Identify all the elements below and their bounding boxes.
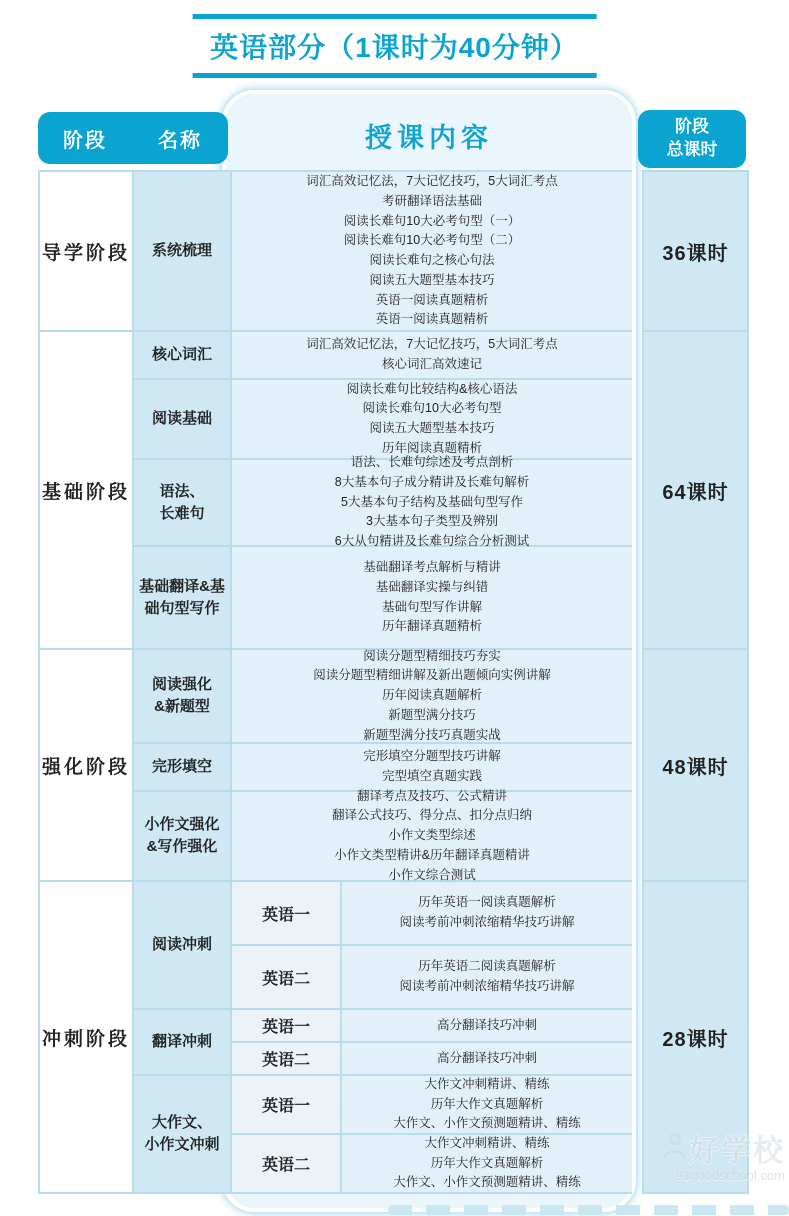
content-cell: 高分翻译技巧冲刺 [342, 1010, 632, 1041]
sub-cell-english2: 英语二 [232, 1043, 340, 1074]
sub-cell-english1: 英语一 [232, 882, 340, 944]
stage-cell-daoxue: 导学阶段 [40, 172, 132, 330]
content-cell: 基础翻译考点解析与精讲 基础翻译实操与纠错 基础句型写作讲解 历年翻译真题精析 [232, 547, 632, 648]
stage-cell-jichu: 基础阶段 [40, 332, 132, 648]
stage-cell-qianghua: 强化阶段 [40, 650, 132, 880]
content-cell: 完形填空分题型技巧讲解 完型填空真题实践 [232, 744, 632, 790]
name-cell: 完形填空 [134, 744, 230, 790]
stage-cell-chongci: 冲刺阶段 [40, 882, 132, 1192]
hours-cell-chongci: 28课时 [644, 882, 747, 1192]
column-header-content: 授课内容 [222, 116, 636, 155]
content-cell: 阅读长难句比较结构&核心语法 阅读长难句10大必考句型 阅读五大题型基本技巧 历… [232, 380, 632, 458]
name-cell: 阅读强化 &新题型 [134, 650, 230, 742]
column-header-stage: 阶段 [38, 124, 132, 153]
column-header-name: 名称 [132, 124, 228, 153]
sub-cell-english1: 英语一 [232, 1076, 340, 1133]
name-cell: 系统梳理 [134, 172, 230, 330]
name-cell: 基础翻译&基 础句型写作 [134, 547, 230, 648]
name-cell: 大作文、 小作文冲刺 [134, 1076, 230, 1192]
page-title: 英语部分（1课时为40分钟） [192, 14, 597, 78]
content-cell: 历年英语二阅读真题解析 阅读考前冲刺浓缩精华技巧讲解 [342, 946, 632, 1008]
name-cell: 小作文强化 &写作强化 [134, 792, 230, 880]
hours-cell-qianghua: 48课时 [644, 650, 747, 880]
hours-cell-jichu: 64课时 [644, 332, 747, 648]
name-cell: 翻译冲刺 [134, 1010, 230, 1074]
content-cell: 大作文冲刺精讲、精练 历年大作文真题解析 大作文、小作文预测题精讲、精练 [342, 1076, 632, 1133]
sub-cell-english2: 英语二 [232, 1135, 340, 1192]
content-cell: 语法、长难句综述及考点剖析 8大基本句子成分精讲及长难句解析 5大基本句子结构及… [232, 460, 632, 545]
total-hours-column: 36课时 64课时 48课时 28课时 [642, 170, 749, 1194]
content-cell: 历年英语一阅读真题解析 阅读考前冲刺浓缩精华技巧讲解 [342, 882, 632, 944]
content-cell: 词汇高效记忆法，7大记忆技巧，5大词汇考点 核心词汇高效速记 [232, 332, 632, 378]
bottom-dashed-line [388, 1205, 789, 1215]
sub-cell-english1: 英语一 [232, 1010, 340, 1041]
hours-cell-daoxue: 36课时 [644, 172, 747, 330]
content-cell: 翻译考点及技巧、公式精讲 翻译公式技巧、得分点、扣分点归纳 小作文类型综述 小作… [232, 792, 632, 880]
name-cell: 阅读基础 [134, 380, 230, 458]
content-cell: 大作文冲刺精讲、精练 历年大作文真题解析 大作文、小作文预测题精讲、精练 [342, 1135, 632, 1192]
column-header-total-hours: 阶段 总课时 [638, 110, 746, 168]
name-cell: 阅读冲刺 [134, 882, 230, 1008]
content-cell: 词汇高效记忆法，7大记忆技巧，5大词汇考点 考研翻译语法基础 阅读长难句10大必… [232, 172, 632, 330]
content-cell: 高分翻译技巧冲刺 [342, 1043, 632, 1074]
course-table: 导学阶段 基础阶段 强化阶段 冲刺阶段 系统梳理 核心词汇 阅读基础 语法、 长… [38, 170, 632, 1194]
header-stage-name: 阶段 名称 [38, 112, 228, 164]
name-cell: 语法、 长难句 [134, 460, 230, 545]
sub-cell-english2: 英语二 [232, 946, 340, 1008]
content-cell: 阅读分题型精细技巧夯实 阅读分题型精细讲解及新出题倾向实例讲解 历年阅读真题解析… [232, 650, 632, 742]
name-cell: 核心词汇 [134, 332, 230, 378]
